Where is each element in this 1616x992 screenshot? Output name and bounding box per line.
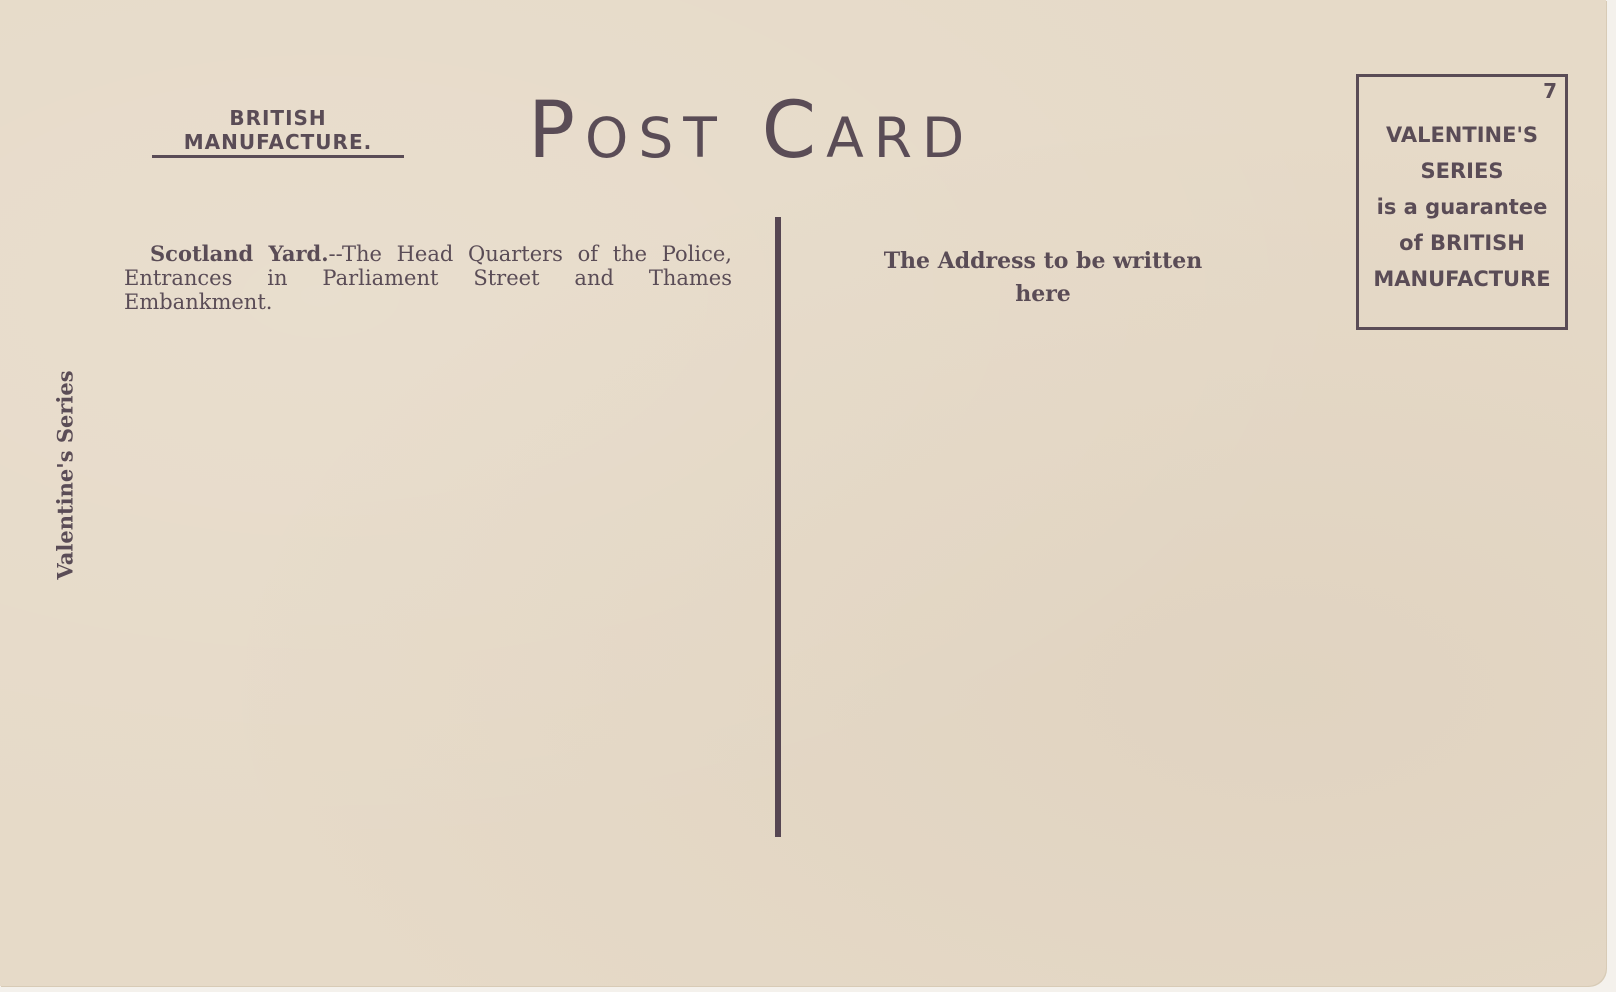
caption-lead: Scotland Yard. <box>150 241 329 266</box>
center-divider <box>775 217 781 837</box>
address-instruction-line2: here <box>868 278 1218 311</box>
british-label-line1: BRITISH <box>152 106 404 130</box>
stamp-box-text: VALENTINE'S SERIES is a guarantee of BRI… <box>1359 117 1565 297</box>
stamp-box: 7 VALENTINE'S SERIES is a guarantee of B… <box>1356 74 1568 330</box>
british-label-line2: MANUFACTURE. <box>152 130 404 158</box>
postcard-back: BRITISH MANUFACTURE. Post Card Scotland … <box>0 0 1606 986</box>
stamp-line: MANUFACTURE <box>1359 261 1565 297</box>
stamp-line: is a guarantee <box>1359 189 1565 225</box>
stamp-line: SERIES <box>1359 153 1565 189</box>
british-manufacture-label: BRITISH MANUFACTURE. <box>152 106 404 158</box>
stamp-box-number: 7 <box>1543 79 1557 103</box>
address-instruction-line1: The Address to be written <box>868 245 1218 278</box>
publisher-spine: Valentine's Series <box>50 345 80 605</box>
publisher-spine-text: Valentine's Series <box>53 370 78 579</box>
address-instruction: The Address to be written here <box>868 245 1218 311</box>
picture-caption: Scotland Yard.--The Head Quarters of the… <box>124 242 732 314</box>
postcard-title: Post Card <box>528 86 974 176</box>
stamp-line: VALENTINE'S <box>1359 117 1565 153</box>
stamp-line: of BRITISH <box>1359 225 1565 261</box>
